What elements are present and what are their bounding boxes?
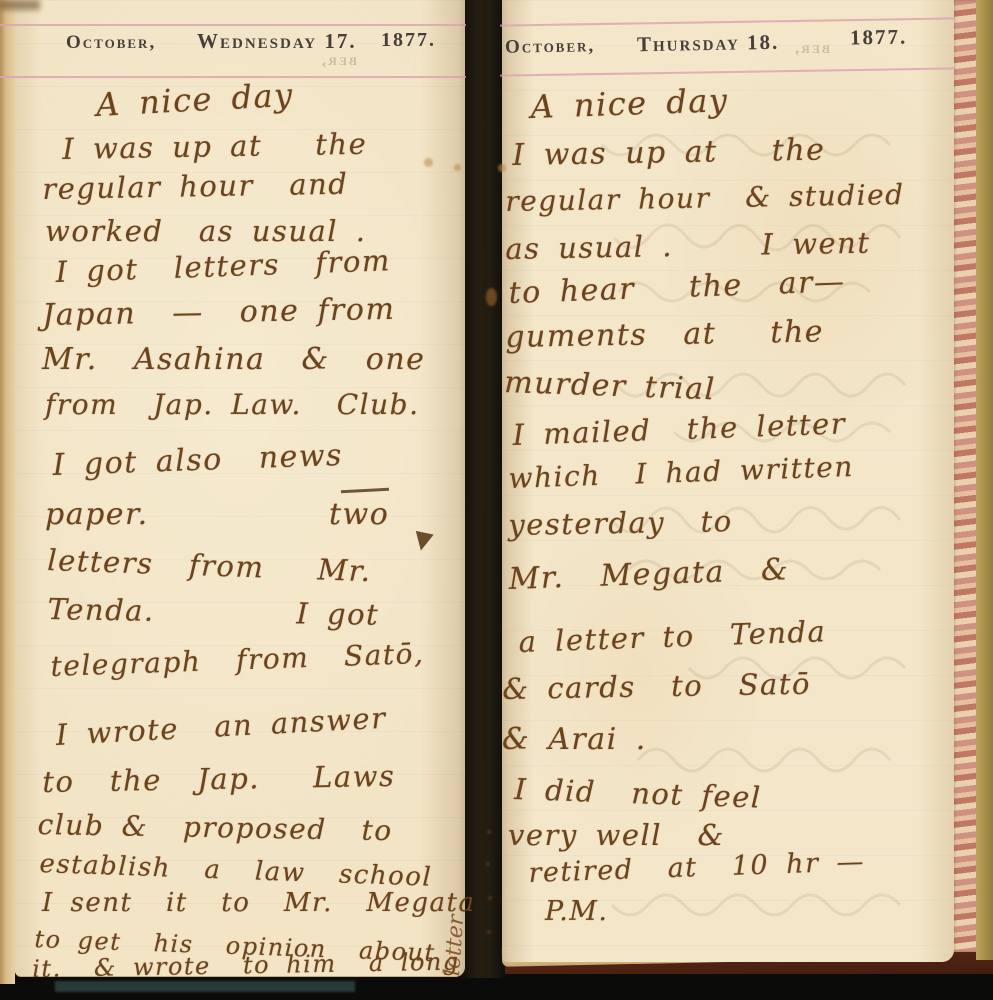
foxing-spot <box>498 164 506 172</box>
diary-line: worked as usual . <box>45 214 367 248</box>
header-show-through-right: ber, <box>793 38 830 58</box>
foxing-spot <box>454 164 461 171</box>
diary-line: guments at the <box>505 314 824 355</box>
diary-line: & Arai . <box>502 722 647 757</box>
diary-line: Mr. Asahina & one <box>42 342 425 377</box>
diary-line: yesterday to <box>508 504 733 542</box>
corner-smudge <box>0 0 40 10</box>
diary-line: regular hour and <box>42 167 349 206</box>
foxing-spot <box>424 158 433 167</box>
header-month-right: October, <box>505 35 596 59</box>
edge-dot <box>487 930 491 934</box>
header-month-left: October, <box>66 32 156 54</box>
pink-rule-bottom-left <box>0 76 466 78</box>
edge-dot <box>487 830 491 834</box>
diary-line: regular hour & studied <box>505 178 905 218</box>
header-year-right: 1877. <box>850 25 908 51</box>
diary-line: as usual . I went <box>505 226 871 266</box>
gutter-shadow <box>458 0 508 978</box>
diary-line: A nice day <box>530 81 729 126</box>
cover-edge-olive <box>976 0 993 960</box>
diary-line: I was up at the <box>512 133 826 173</box>
diary-line: from Jap. Law. Club. <box>45 388 419 421</box>
diary-line: club & proposed to <box>37 808 392 847</box>
pink-rule-top-left <box>0 24 466 26</box>
left-page-edge <box>0 0 15 984</box>
diary-line: Tenda. I got <box>47 592 379 632</box>
header-year-left: 1877. <box>381 29 436 52</box>
ink-stain <box>486 288 497 306</box>
fore-edge-marbled <box>952 0 977 952</box>
diary-line: murder trial <box>504 365 717 407</box>
diary-line: to the Jap. Laws <box>42 759 396 799</box>
edge-dot <box>486 862 490 866</box>
header-day-right: Thursday 18. <box>637 30 780 57</box>
diary-photo: October, Wednesday 17. 1877. ber, Octobe… <box>0 0 993 1000</box>
diary-line: paper. two <box>45 497 389 532</box>
diary-line: very well & <box>508 818 725 852</box>
margin-note-vertical: letter <box>440 914 469 977</box>
diary-line: I sent it to Mr. Megata <box>42 888 476 918</box>
diary-line: P.M. <box>545 896 609 927</box>
diary-line: Japan — one from <box>42 292 396 333</box>
edge-dot <box>488 896 492 900</box>
table-reflection <box>55 981 355 992</box>
diary-line: & cards to Satō <box>502 667 811 706</box>
header-show-through-left: ber, <box>320 50 357 70</box>
diary-line: I was up at the <box>62 127 367 166</box>
